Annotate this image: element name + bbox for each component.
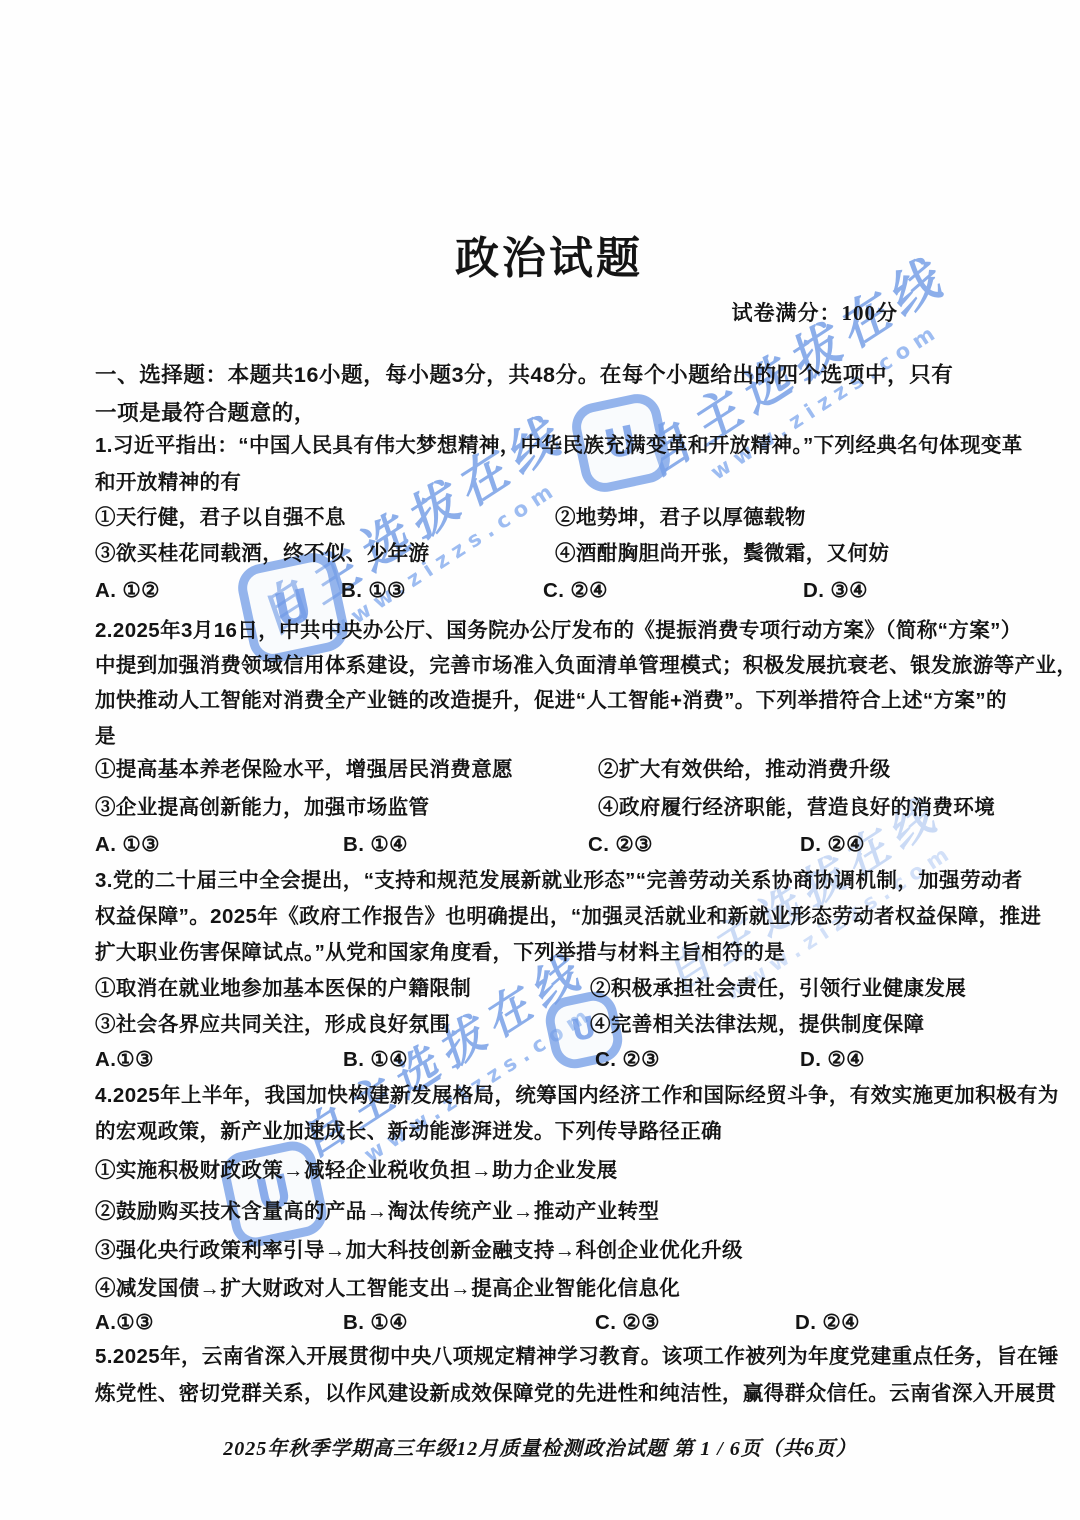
answer-cell: D. ②④ (800, 1047, 865, 1073)
question-stem-line: 扩大职业伤害保障试点。”从党和国家角度看，下列举措与材料主旨相符的是 (95, 940, 985, 970)
option-row: ④减发国债→扩大财政对人工智能支出→提高企业智能化信息化 (95, 1276, 985, 1306)
question-stem-line: 5.2025年，云南省深入开展贯彻中央八项规定精神学习教育。该项工作被列为年度党… (95, 1344, 985, 1374)
option-row: ③强化央行政策利率引导→加大科技创新金融支持→科创企业优化升级 (95, 1238, 985, 1268)
option-cell: ③强化央行政策利率引导→加大科技创新金融支持→科创企业优化升级 (95, 1238, 743, 1264)
answer-row: A. ①③ B. ①④ C. ②③ D. ②④ (95, 832, 985, 862)
option-cell: ①实施积极财政政策→减轻企业税收负担→助力企业发展 (95, 1158, 618, 1184)
answer-cell: A.①③ (95, 1310, 154, 1336)
option-cell: ③企业提高创新能力，加强市场监管 (95, 795, 429, 821)
question-stem-line: 加快推动人工智能对消费全产业链的改造提升，促进“人工智能+消费”。下列举措符合上… (95, 688, 985, 718)
option-row: ①实施积极财政政策→减轻企业税收负担→助力企业发展 (95, 1158, 985, 1188)
question-stem-line: 3.党的二十届三中全会提出，“支持和规范发展新就业形态”“完善劳动关系协商协调机… (95, 868, 985, 898)
question-stem-line: 4.2025年上半年，我国加快构建新发展格局，统筹国内经济工作和国际经贸斗争，有… (95, 1083, 985, 1113)
question-stem-line: 是 (95, 724, 985, 754)
exam-title: 政治试题 (0, 222, 1080, 286)
option-row: ①取消在就业地参加基本医保的户籍限制 ②积极承担社会责任，引领行业健康发展 (95, 976, 985, 1006)
answer-cell: B. ①④ (343, 1047, 408, 1073)
watermark-logo: U (217, 1137, 331, 1251)
option-cell: ③社会各界应共同关注，形成良好氛围 (95, 1012, 450, 1038)
option-cell: ①天行健，君子以自强不息 (95, 505, 346, 531)
answer-cell: C. ②③ (595, 1047, 660, 1073)
option-cell: ④政府履行经济职能，营造良好的消费环境 (598, 795, 995, 821)
answer-cell: B. ①④ (343, 1310, 408, 1336)
answer-cell: C. ②③ (588, 832, 653, 858)
option-cell: ②鼓励购买技术含量高的产品→淘汰传统产业→推动产业转型 (95, 1199, 659, 1225)
answer-row: A. ①② B. ①③ C. ②④ D. ③④ (95, 578, 985, 608)
option-cell: ②扩大有效供给，推动消费升级 (598, 757, 891, 783)
exam-paper-page: 自主选拔在线 www.zizzs.com 自主选拔在线 www.zizzs.co… (0, 0, 1080, 1520)
option-cell: ①提高基本养老保险水平，增强居民消费意愿 (95, 757, 513, 783)
question-stem-line: 炼党性、密切党群关系，以作风建设新成效保障党的先进性和纯洁性，赢得群众信任。云南… (95, 1381, 985, 1411)
question-stem-line: 中提到加强消费领域信用体系建设，完善市场准入负面清单管理模式；积极发展抗衰老、银… (95, 653, 985, 683)
option-cell: ①取消在就业地参加基本医保的户籍限制 (95, 976, 471, 1002)
section-header-line: 一、选择题：本题共16小题，每小题3分，共48分。在每个小题给出的四个选项中，只… (95, 362, 985, 392)
page-footer: 2025年秋季学期高三年级12月质量检测政治试题 第 1 / 6页（共6页） (0, 1432, 1080, 1461)
question-stem-line: 2.2025年3月16日，中共中央办公厅、国务院办公厅发布的《提振消费专项行动方… (95, 618, 985, 648)
option-cell: ②积极承担社会责任，引领行业健康发展 (590, 976, 966, 1002)
answer-cell: A.①③ (95, 1047, 154, 1073)
option-row: ③企业提高创新能力，加强市场监管 ④政府履行经济职能，营造良好的消费环境 (95, 795, 985, 825)
question-stem-line: 1.习近平指出：“中国人民具有伟大梦想精神，中华民族充满变革和开放精神。”下列经… (95, 433, 985, 463)
answer-cell: B. ①④ (343, 832, 408, 858)
question-stem-line: 的宏观政策，新产业加速成长、新动能澎湃迸发。下列传导路径正确 (95, 1119, 985, 1149)
answer-cell: A. ①③ (95, 832, 160, 858)
answer-cell: B. ①③ (341, 578, 406, 604)
answer-row: A.①③ B. ①④ C. ②③ D. ②④ (95, 1310, 985, 1340)
option-cell: ④酒酣胸胆尚开张，鬓微霜，又何妨 (555, 541, 889, 567)
answer-cell: C. ②④ (543, 578, 608, 604)
section-header-line: 一项是最符合题意的， (95, 400, 985, 430)
option-cell: ④完善相关法律法规，提供制度保障 (590, 1012, 924, 1038)
option-cell: ②地势坤，君子以厚德载物 (555, 505, 806, 531)
option-row: ②鼓励购买技术含量高的产品→淘汰传统产业→推动产业转型 (95, 1199, 985, 1229)
question-stem-line: 和开放精神的有 (95, 470, 985, 500)
answer-cell: D. ②④ (800, 832, 865, 858)
answer-cell: D. ②④ (795, 1310, 860, 1336)
answer-cell: D. ③④ (803, 578, 868, 604)
option-cell: ④减发国债→扩大财政对人工智能支出→提高企业智能化信息化 (95, 1276, 680, 1302)
option-row: ③欲买桂花同载酒，终不似、少年游 ④酒酣胸胆尚开张，鬓微霜，又何妨 (95, 541, 985, 571)
answer-cell: A. ①② (95, 578, 160, 604)
option-row: ①提高基本养老保险水平，增强居民消费意愿 ②扩大有效供给，推动消费升级 (95, 757, 985, 787)
option-cell: ③欲买桂花同载酒，终不似、少年游 (95, 541, 429, 567)
question-stem-line: 权益保障”。2025年《政府工作报告》也明确提出，“加强灵活就业和新就业形态劳动… (95, 904, 985, 934)
option-row: ③社会各界应共同关注，形成良好氛围 ④完善相关法律法规，提供制度保障 (95, 1012, 985, 1042)
answer-cell: C. ②③ (595, 1310, 660, 1336)
option-row: ①天行健，君子以自强不息 ②地势坤，君子以厚德载物 (95, 505, 985, 535)
score-note: 试卷满分：100分 (732, 297, 899, 327)
answer-row: A.①③ B. ①④ C. ②③ D. ②④ (95, 1047, 985, 1077)
